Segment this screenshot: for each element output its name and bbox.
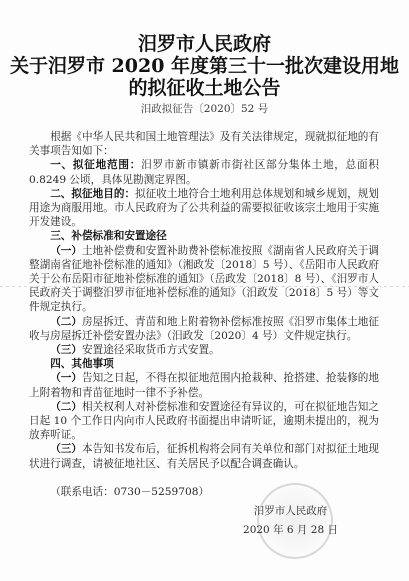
- section-2: 二、拟征地目的：拟征收土地符合土地利用总体规划和城乡规划，规划用途为商服用地。市…: [29, 187, 379, 230]
- official-seal-icon: [257, 483, 333, 559]
- item-text: 房屋拆迁、青苗和地上附着物补偿标准按照《汨罗市集体土地征收与房屋拆迁补偿安置办法…: [29, 316, 379, 342]
- signature-date: 2020 年 6 月 28 日: [243, 523, 338, 537]
- section-4-item-3: （三）本告知书发布后，征拆机构将会同有关单位和部门对拟征土地现状进行调查，请被征…: [29, 442, 379, 470]
- item-label: （三）: [50, 443, 82, 455]
- section-4-item-2: （二）相关权利人对补偿标准和安置途径有异议的，可在拟征地告知之日起 10 个工作…: [29, 400, 379, 443]
- item-text: 相关权利人对补偿标准和安置途径有异议的，可在拟征地告知之日起 10 个工作日内向…: [29, 401, 379, 441]
- section-3-item-2: （二）房屋拆迁、青苗和地上附着物补偿标准按照《汨罗市集体土地征收与房屋拆迁补偿安…: [29, 315, 379, 343]
- item-text: 告知之日起，不得在拟征地范围内抢栽种、抢搭建、抢装修的地上附着物和青苗征地时一律…: [29, 372, 379, 398]
- item-text: 本告知书发布后，征拆机构将会同有关单位和部门对拟征土地现状进行调查，请被征地社区…: [29, 443, 379, 469]
- section-1: 一、拟征地范围：汨罗市新市镇新市街社区部分集体土地，总面积 0.8249 公顷，…: [29, 158, 379, 186]
- section-3-item-1: （一）土地补偿费和安置补助费补偿标准按照《湖南省人民政府关于调整湖南省征地补偿标…: [29, 244, 379, 315]
- item-label: （一）: [50, 245, 82, 257]
- intro-paragraph: 根据《中华人民共和国土地管理法》及有关法律规定，现就拟征地的有关事项告知如下：: [29, 130, 379, 158]
- item-text: 安置途径采取货币方式安置。: [82, 344, 220, 356]
- title-line-1: 汨罗市人民政府: [0, 33, 409, 55]
- section-1-heading: 一、拟征地范围：: [50, 159, 141, 171]
- title-line-2: 关于汨罗市 2020 年度第三十一批次建设用地: [0, 55, 409, 77]
- item-label: （二）: [50, 401, 82, 413]
- item-label: （一）: [50, 372, 82, 384]
- item-text: 土地补偿费和安置补助费补偿标准按照《湖南省人民政府关于调整湖南省征地补偿标准的通…: [29, 245, 379, 314]
- contact-phone: （联系电话：0730－5259708）: [29, 485, 379, 499]
- signature-issuer: 汨罗市人民政府: [243, 504, 338, 518]
- title-line-3: 的拟征收土地公告: [0, 77, 409, 99]
- item-label: （三）: [50, 344, 82, 356]
- document-page: 汨罗市人民政府 关于汨罗市 2020 年度第三十一批次建设用地 的拟征收土地公告…: [0, 0, 409, 581]
- section-4-heading: 四、其他事项: [29, 357, 379, 371]
- section-2-heading: 二、拟征地目的：: [50, 188, 135, 200]
- document-body: 根据《中华人民共和国土地管理法》及有关法律规定，现就拟征地的有关事项告知如下： …: [29, 130, 379, 499]
- section-3-heading: 三、补偿标准和安置途径: [29, 229, 379, 243]
- item-label: （二）: [50, 316, 82, 328]
- section-4-item-1: （一）告知之日起，不得在拟征地范围内抢栽种、抢搭建、抢装修的地上附着物和青苗征地…: [29, 371, 379, 399]
- document-number: 汨政拟征告〔2020〕52 号: [0, 102, 409, 116]
- section-3-item-3: （三）安置途径采取货币方式安置。: [29, 343, 379, 357]
